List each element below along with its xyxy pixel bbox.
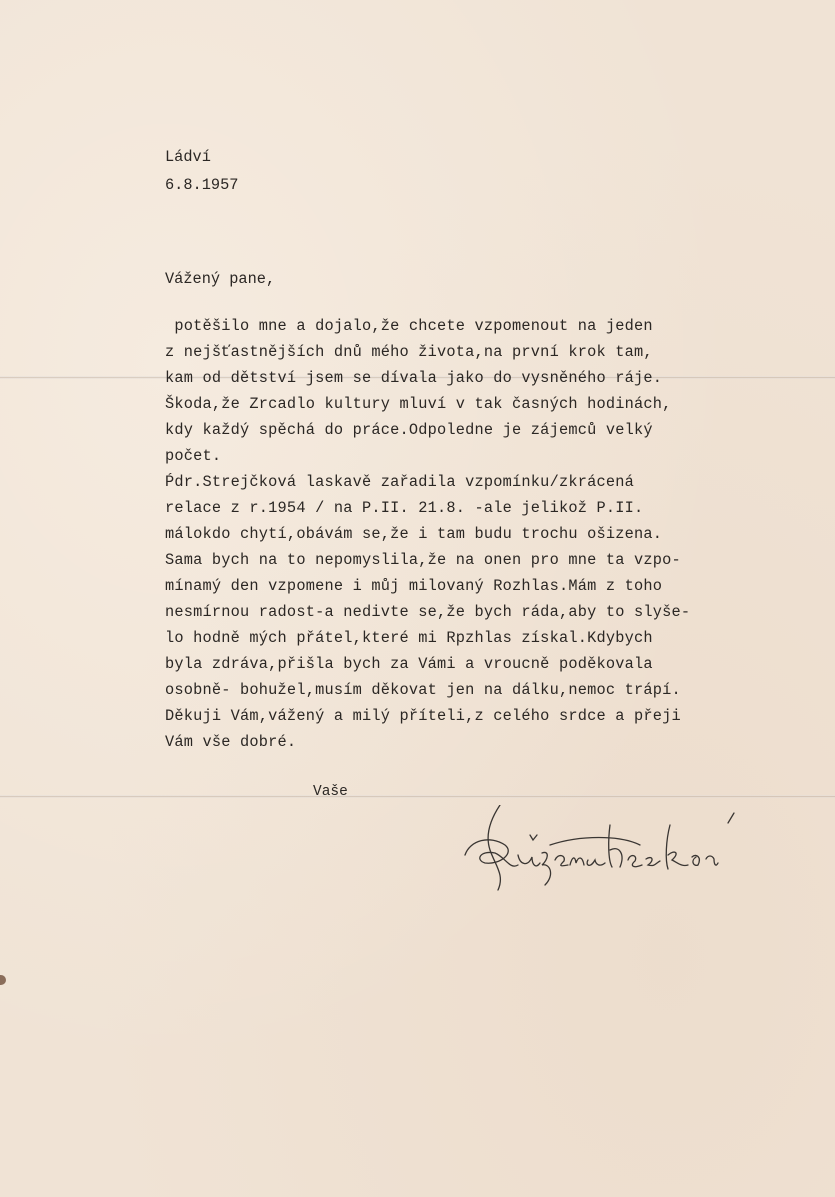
letter-date: 6.8.1957 [165, 176, 238, 194]
body-line: Škoda,že Zrcadlo kultury mluví v tak čas… [165, 395, 672, 413]
body-line: kdy každý spěchá do práce.Odpoledne je z… [165, 421, 653, 439]
body-line: Vám vše dobré. [165, 733, 296, 751]
letter-closing: Vaše [313, 784, 348, 800]
body-line: Děkuji Vám,vážený a milý příteli,z celéh… [165, 707, 681, 725]
body-line: lo hodně mých přátel,které mi Rpzhlas zí… [165, 629, 653, 647]
body-line: málokdo chytí,obávám se,že i tam budu tr… [165, 525, 662, 543]
body-line: nesmírnou radost-a nedivte se,že bych rá… [165, 603, 690, 621]
body-line: Sama bych na to nepomyslila,že na onen p… [165, 551, 681, 569]
body-line: Ṕdr.Strejčková laskavě zařadila vzpomínk… [165, 473, 634, 491]
body-line: relace z r.1954 / na P.II. 21.8. -ale je… [165, 499, 643, 517]
body-line: mínamý den vzpomene i můj milovaný Rozhl… [165, 577, 662, 595]
letter-place: Ládví [165, 148, 211, 166]
body-line: z nejšťastnějších dnů mého života,na prv… [165, 343, 653, 361]
body-line: potěšilo mne a dojalo,že chcete vzpomeno… [165, 317, 653, 335]
body-line: osobně- bohužel,musím děkovat jen na dál… [165, 681, 681, 699]
body-line: počet. [165, 447, 221, 465]
body-line: kam od dětství jsem se dívala jako do vy… [165, 369, 662, 387]
letter-salutation: Vážený pane, [165, 270, 275, 288]
paper-fold-lower [0, 795, 835, 798]
handwritten-signature [460, 805, 780, 900]
edge-tear-mark [0, 975, 6, 985]
body-line: byla zdráva,přišla bych za Vámi a vroucn… [165, 655, 653, 673]
